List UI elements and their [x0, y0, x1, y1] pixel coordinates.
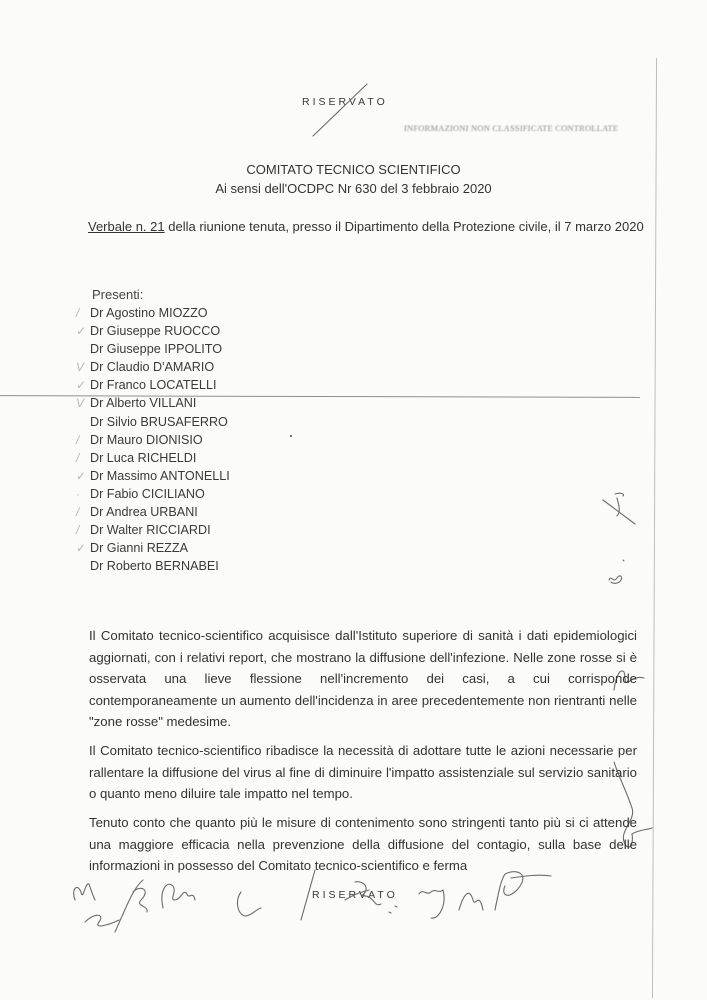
attendee-item: /Dr Mauro DIONISIO [90, 431, 230, 449]
check-mark-icon: ✓ [76, 539, 86, 557]
check-mark-icon: · [76, 485, 80, 503]
check-mark-icon: ✓ [76, 376, 86, 394]
attendee-name: Dr Massimo ANTONELLI [90, 469, 230, 483]
attendee-item: /Dr Andrea URBANI [90, 503, 230, 521]
attendee-item: ✓Dr Franco LOCATELLI [90, 376, 230, 394]
verbale-description: della riunione tenuta, presso il Diparti… [165, 219, 644, 234]
attendee-name: Dr Gianni REZZA [90, 541, 188, 555]
attendee-name: Dr Andrea URBANI [90, 505, 198, 519]
member-signatures [55, 860, 655, 950]
check-mark-icon: V [76, 358, 84, 376]
margin-initials [595, 488, 645, 598]
body-paragraph: Il Comitato tecnico-scientifico ribadisc… [89, 740, 637, 805]
attendee-name: Dr Roberto BERNABEI [90, 559, 219, 573]
attendees-label: Presenti: [92, 287, 143, 302]
attendee-name: Dr Giuseppe RUOCCO [90, 324, 220, 338]
scan-speck [290, 435, 292, 437]
check-mark-icon: V [76, 394, 84, 412]
attendee-name: Dr Silvio BRUSAFERRO [90, 415, 228, 429]
check-mark-icon: / [76, 304, 79, 322]
attendee-item: Dr Silvio BRUSAFERRO [90, 413, 230, 431]
check-mark-icon: / [76, 503, 79, 521]
verbale-number: Verbale n. 21 [88, 219, 165, 234]
check-mark-icon: / [76, 521, 79, 539]
attendee-name: Dr Fabio CICILIANO [90, 487, 205, 501]
attendee-item: ✓Dr Gianni REZZA [90, 539, 230, 557]
check-mark-icon: ✓ [76, 467, 86, 485]
attendee-name: Dr Agostino MIOZZO [90, 306, 208, 320]
verbale-heading: Verbale n. 21 della riunione tenuta, pre… [88, 217, 648, 237]
pen-slash-mark [305, 80, 375, 140]
attendee-name: Dr Claudio D'AMARIO [90, 360, 214, 374]
attendee-item: ·Dr Fabio CICILIANO [90, 485, 230, 503]
attendee-name: Dr Mauro DIONISIO [90, 433, 203, 447]
attendee-item: /Dr Walter RICCIARDI [90, 521, 230, 539]
classification-stamp: INFORMAZIONI NON CLASSIFICATE CONTROLLAT… [404, 123, 619, 133]
attendee-name: Dr Walter RICCIARDI [90, 523, 211, 537]
document-page: RISERVATO INFORMAZIONI NON CLASSIFICATE … [0, 0, 707, 1000]
attendee-item: ✓Dr Massimo ANTONELLI [90, 467, 230, 485]
body-paragraph: Il Comitato tecnico-scientifico acquisis… [89, 625, 637, 733]
check-mark-icon: / [76, 449, 79, 467]
committee-title: COMITATO TECNICO SCIENTIFICO [0, 162, 707, 177]
attendee-name: Dr Alberto VILLANI [90, 396, 196, 410]
check-mark-icon: / [76, 431, 79, 449]
attendee-item: Dr Giuseppe IPPOLITO [90, 340, 230, 358]
attendee-item: /Dr Agostino MIOZZO [90, 304, 230, 322]
attendee-name: Dr Franco LOCATELLI [90, 378, 216, 392]
attendee-item: Dr Roberto BERNABEI [90, 557, 230, 575]
attendee-item: VDr Claudio D'AMARIO [90, 358, 230, 376]
check-mark-icon: ✓ [76, 322, 86, 340]
attendee-name: Dr Luca RICHELDI [90, 451, 196, 465]
attendee-list: /Dr Agostino MIOZZO✓Dr Giuseppe RUOCCODr… [90, 304, 230, 575]
attendee-item: /Dr Luca RICHELDI [90, 449, 230, 467]
attendee-name: Dr Giuseppe IPPOLITO [90, 342, 222, 356]
committee-subtitle: Ai sensi dell'OCDPC Nr 630 del 3 febbrai… [0, 181, 707, 196]
attendee-item: ✓Dr Giuseppe RUOCCO [90, 322, 230, 340]
attendee-item: VDr Alberto VILLANI [90, 394, 230, 412]
